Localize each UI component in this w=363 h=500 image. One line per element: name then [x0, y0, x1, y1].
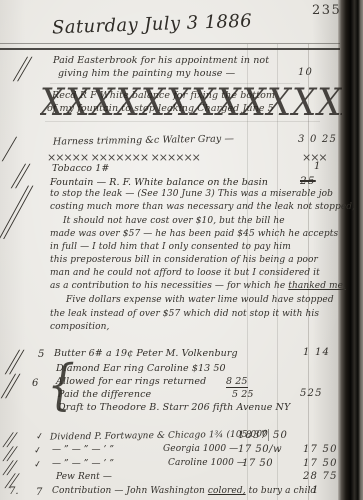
note-line: to stop the leak — (See 130 June 3) This…: [50, 190, 333, 200]
day-number: 7: [36, 487, 42, 498]
mid-amount: 17 50/w: [238, 444, 282, 455]
note-line: in full — I told him that I only consent…: [50, 243, 291, 253]
header-rule: [0, 43, 340, 50]
note-line: costing much more than was necessary and…: [50, 203, 355, 213]
amount: 17 50: [303, 444, 338, 455]
mid-amount: 1837: [238, 430, 268, 441]
note-line: Five dollars expense with water lime wou…: [66, 296, 334, 306]
note-line: made was over $57 — he has been paid $45…: [50, 230, 338, 240]
amount: 3 0 25: [298, 134, 337, 145]
date-heading: Saturday July 3 1886: [52, 11, 253, 39]
amount-struck: 25: [300, 175, 316, 187]
mid-amount: 17 50: [242, 458, 273, 469]
amount: 10: [298, 67, 313, 78]
margin-mark: 7.: [9, 486, 19, 497]
ledger-line: Tobacco 1#: [52, 164, 109, 174]
ledger-line: Fountain — R. F. White balance on the ba…: [50, 178, 268, 188]
note-line: as a contribution to his necessities — f…: [50, 282, 346, 292]
note-line: this preposterous bill in consideration …: [50, 256, 318, 266]
ledger-line: giving him the painting my house —: [58, 69, 235, 79]
page-number: 235: [312, 3, 341, 18]
guide-line: [45, 121, 320, 122]
note-line: man and he could not afford to loose it …: [50, 269, 320, 279]
ledger-line: Dividend P. Fortwayne & Chicago 1¾ (105,…: [50, 430, 268, 443]
amount: 525: [300, 388, 323, 399]
sub-amount: 5 25: [232, 390, 254, 400]
amount: 1: [314, 161, 322, 172]
amount: 1 14: [303, 347, 330, 358]
amount: 1: [312, 485, 320, 496]
sub-amount: 8 25: [226, 377, 248, 388]
ledger-line: Georgia 1000 —: [163, 445, 238, 455]
ledger-line: Harness trimming &c Walter Gray —: [53, 134, 234, 148]
ledger-page: 235 Saturday July 3 1886 // Paid Easterb…: [0, 0, 363, 500]
ledger-line: Caroline 1000 —: [168, 459, 246, 469]
check-icon: ✓: [33, 460, 42, 471]
entry-check-mark: /: [0, 133, 17, 168]
column-tick: [268, 429, 269, 441]
ledger-line: Butter 6# a 19¢ Peter M. Volkenburg: [54, 349, 238, 359]
entry-check-mark: //: [11, 53, 32, 88]
ledger-line: Paid Easterbrook for his appointment in …: [53, 56, 269, 66]
note-line: composition,: [50, 323, 109, 333]
day-number: 5: [38, 349, 44, 360]
check-icon: ✓: [35, 432, 44, 443]
amount: 28 75: [303, 471, 338, 482]
book-binding: [338, 0, 363, 500]
ledger-line: Diamond Ear ring Caroline $13 50: [56, 364, 226, 374]
amount: 17 50: [303, 458, 338, 469]
ledger-line: Draft to Theodore B. Starr 206 fifth Ave…: [58, 403, 290, 413]
mid-cents: 50: [273, 430, 288, 441]
ledger-line: Paid the difference: [58, 390, 151, 400]
entry-check-mark: //: [0, 370, 21, 405]
ditto-marks: — ” — ” — ’ ”: [52, 460, 114, 470]
check-icon: ✓: [33, 446, 42, 457]
note-line: the leak instead of over $57 which did n…: [50, 310, 319, 320]
ledger-line: Contribution — John Washington colored, …: [52, 487, 316, 497]
ditto-marks: — ” — ” — ’ ”: [52, 446, 114, 456]
crossout-overlay: XXXXXXXXXXXXX: [40, 80, 342, 126]
note-line: It should not have cost over $10, but th…: [63, 217, 285, 227]
ledger-line: Pew Rent —: [56, 473, 112, 483]
ledger-line: Allowed for ear rings returned: [56, 377, 206, 387]
day-number: 6: [32, 378, 38, 389]
